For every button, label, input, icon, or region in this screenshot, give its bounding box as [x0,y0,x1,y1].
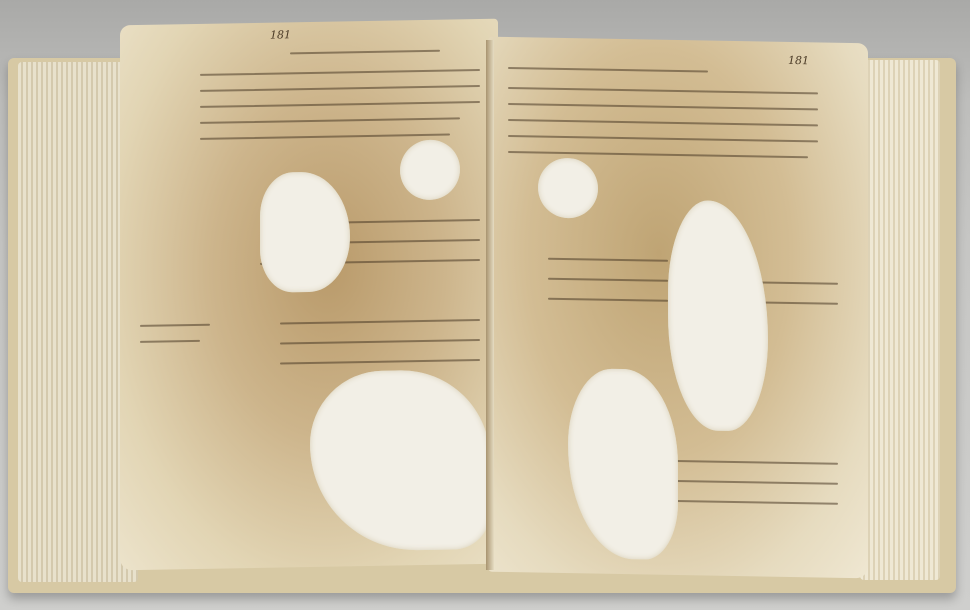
paper-loss [310,369,490,552]
paper-loss [260,171,350,293]
right-page-edges [860,60,940,580]
paper-loss [668,200,768,432]
paper-loss [568,368,678,560]
left-page: 181 [120,19,498,571]
book-gutter [486,40,494,570]
left-page-number: 181 [270,28,291,41]
right-page-number: 181 [788,54,809,67]
right-page: 181 [488,37,868,579]
paper-loss [400,139,460,200]
paper-loss [538,158,598,219]
photo-scene: 181 181 [0,0,970,610]
